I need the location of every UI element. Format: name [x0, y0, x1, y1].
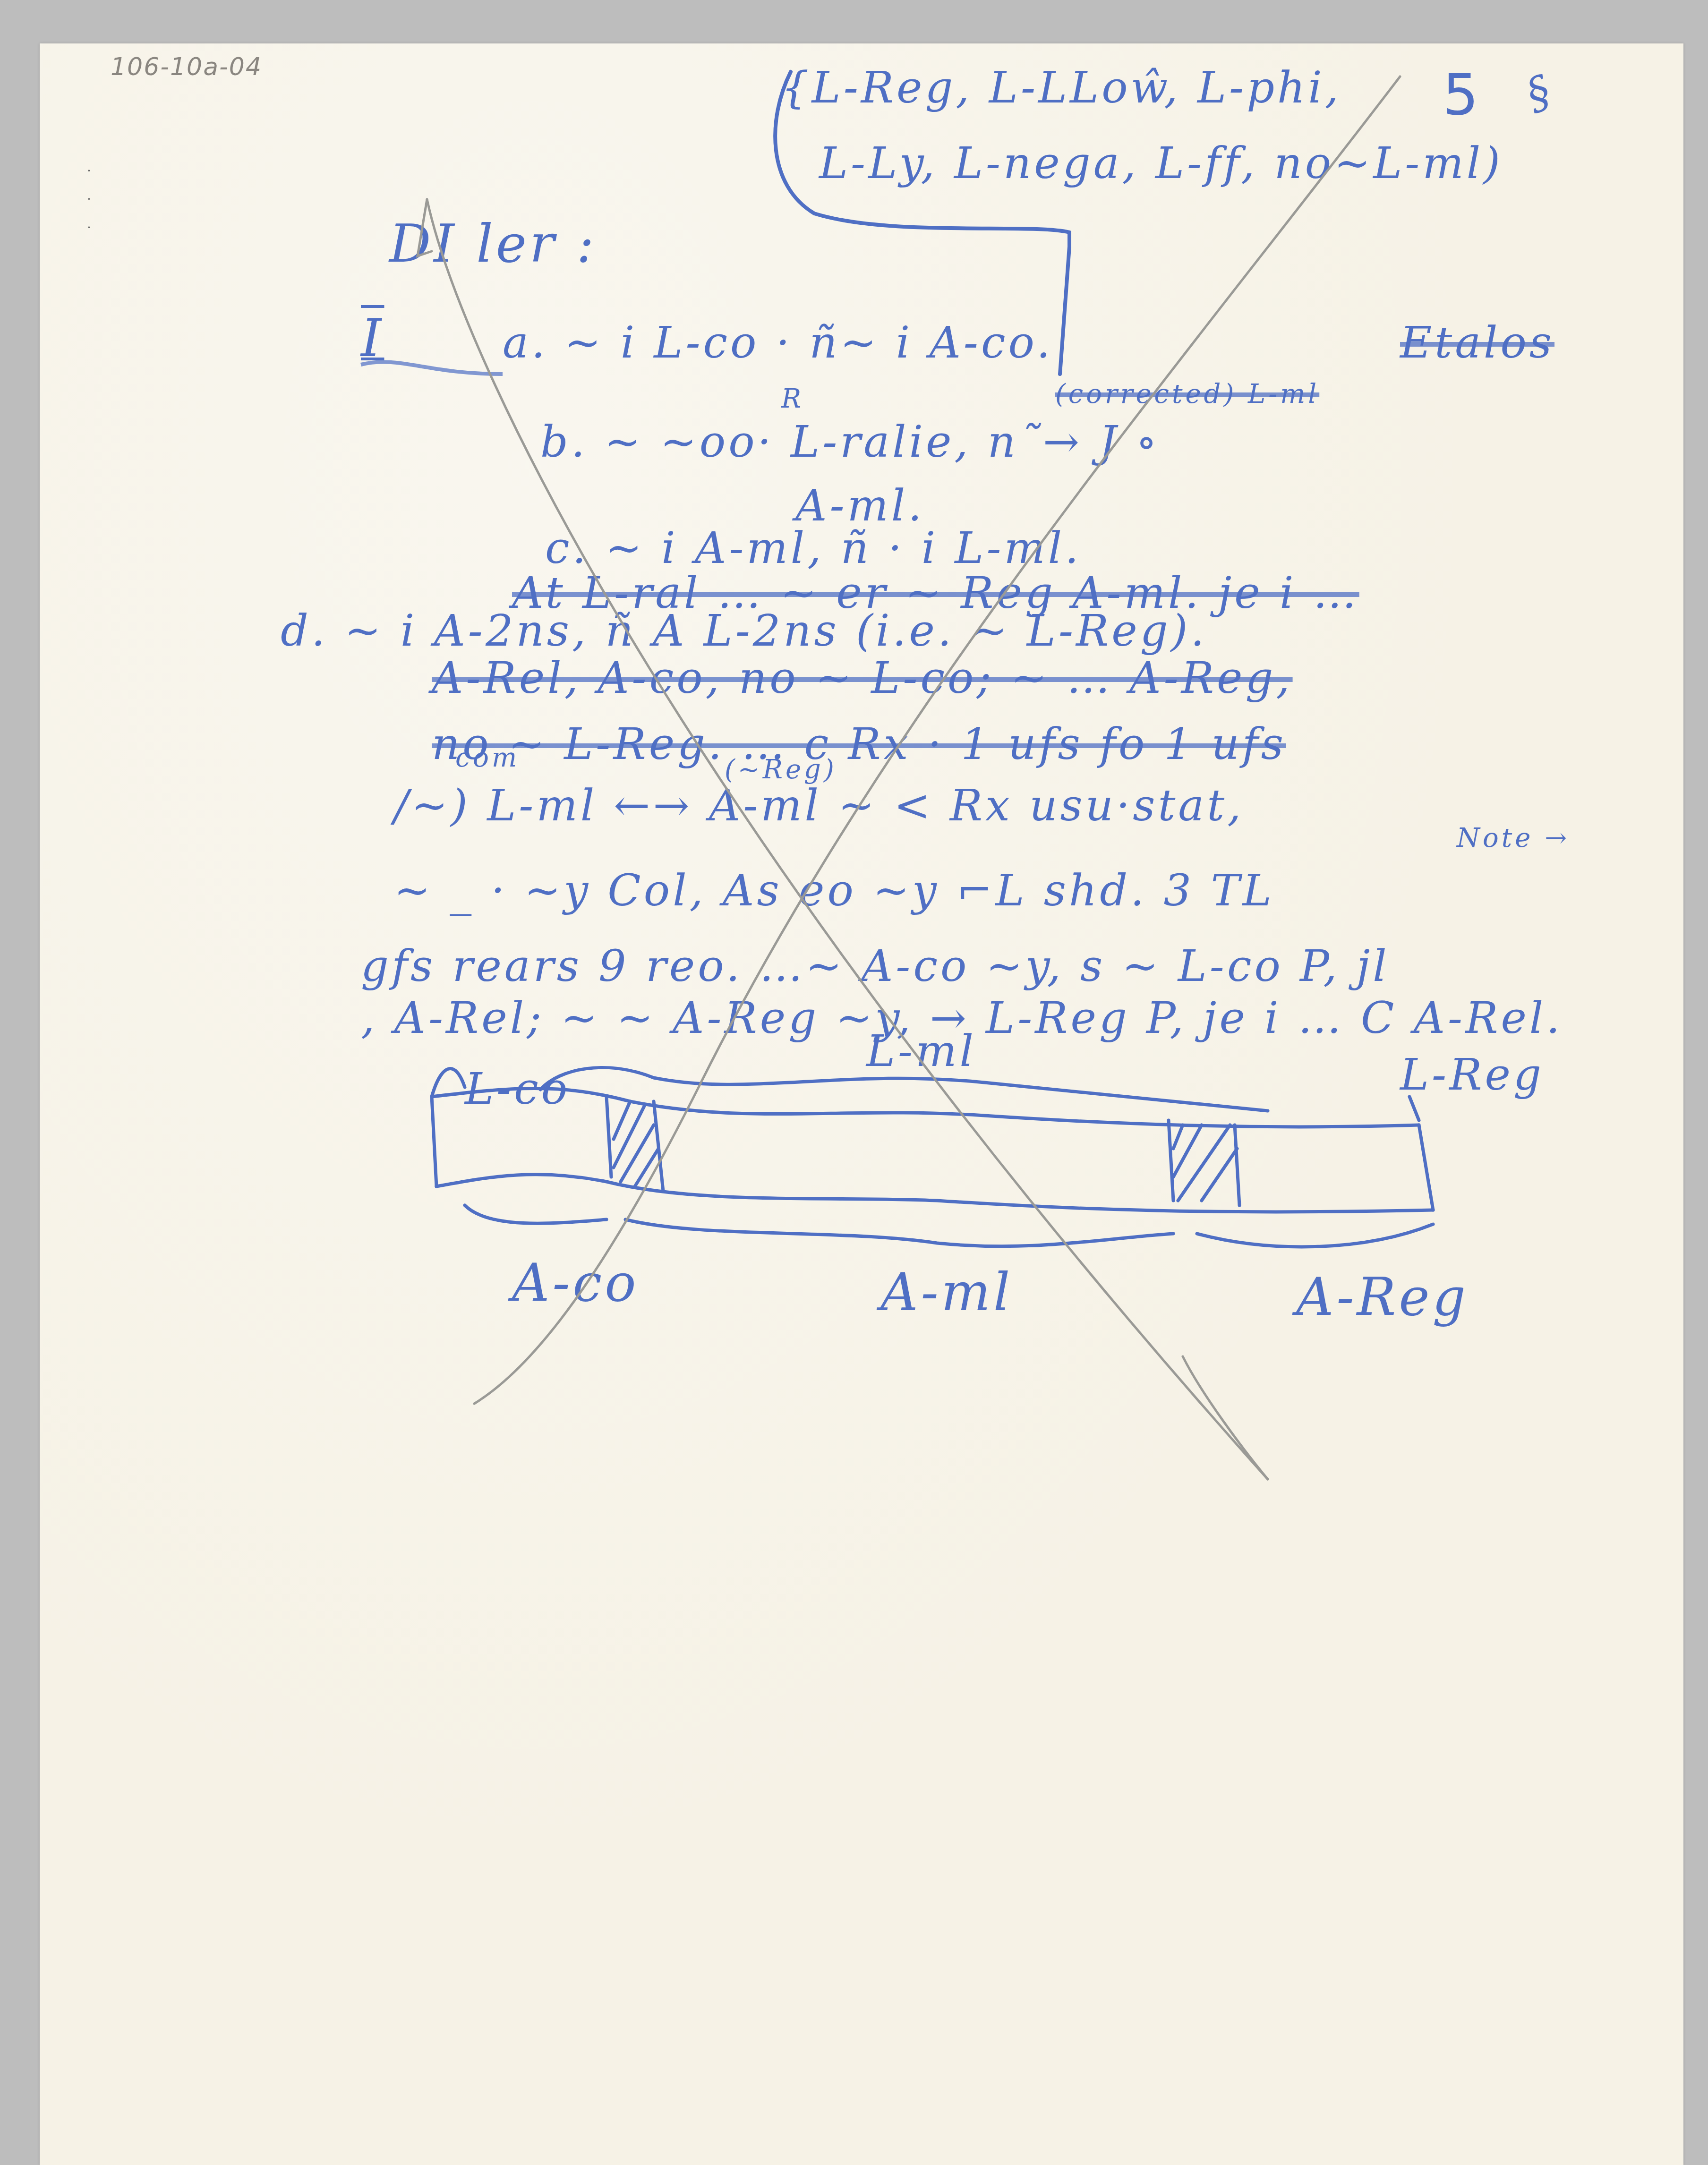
page-number: 5	[1443, 62, 1478, 128]
diagram-bottom-label-3: A-Reg	[1296, 1267, 1469, 1327]
section-roman-numeral: I	[361, 308, 384, 368]
line-a-insert: (corrected) L-ml	[1055, 379, 1319, 409]
line-e: /~) L-ml ←→ A-ml ~ < Rx usu·stat,	[394, 780, 1244, 831]
manuscript-page: 106-10a-04 ··· {L-Reg, L-LLoŵ, L-phi, L…	[40, 43, 1683, 2165]
diagram-top-label-3: L-Reg	[1400, 1049, 1544, 1100]
line-b: b. ~ ~oo· L-ralie, n˜→ J ∘	[540, 417, 1160, 467]
crossed-mark: §	[1520, 64, 1560, 120]
margin-marks: ···	[87, 157, 91, 242]
band-diagram	[432, 1067, 1433, 1246]
page-number-value: 5	[1443, 62, 1478, 128]
heading-text: DI ler :	[389, 213, 597, 274]
line-d: d. ~ i A-2ns, ñ A L-2ns (i.e. ~ L-Reg).	[281, 605, 1207, 656]
line-f-superscript: Note →	[1457, 823, 1570, 853]
line-d-struck-2: A-Rel, A-co, no ~ L-co; ~ … A-Reg,	[432, 653, 1293, 703]
line-g: gfs rears 9 reo. …~ A-co ~y, s ~ L-co P,…	[361, 941, 1390, 991]
diagram-bottom-label-1: A-co	[512, 1253, 639, 1313]
diagram-bottom-label-2: A-ml	[880, 1262, 1013, 1322]
line-d-struck-3: no ~ L-Reg. … c Rx · 1 ufs fo 1 ufs	[432, 719, 1286, 769]
header-note-line-2: L-Ly, L-nega, L-ff, no~L-ml)	[819, 138, 1503, 188]
header-note-line-1: {L-Reg, L-LLoŵ, L-phi,	[781, 62, 1341, 113]
archive-id: 106-10a-04	[111, 53, 262, 81]
line-a: a. ~ i L-co · ñ~ i A-co.	[503, 317, 1053, 368]
line-f: ~ _ · ~y Col, As eo ~y ⌐L shd. 3 TL	[394, 865, 1274, 916]
line-b-superscript: R	[781, 384, 804, 414]
diagram-top-label-2: L-ml	[866, 1026, 976, 1076]
diagram-top-label-1: L-co	[465, 1064, 570, 1114]
line-c: c. ~ i A-ml, ñ · i L-ml.	[545, 523, 1081, 573]
line-e-superscript-left: com	[455, 742, 520, 773]
line-a-struck-suffix: Etalos	[1400, 317, 1554, 368]
